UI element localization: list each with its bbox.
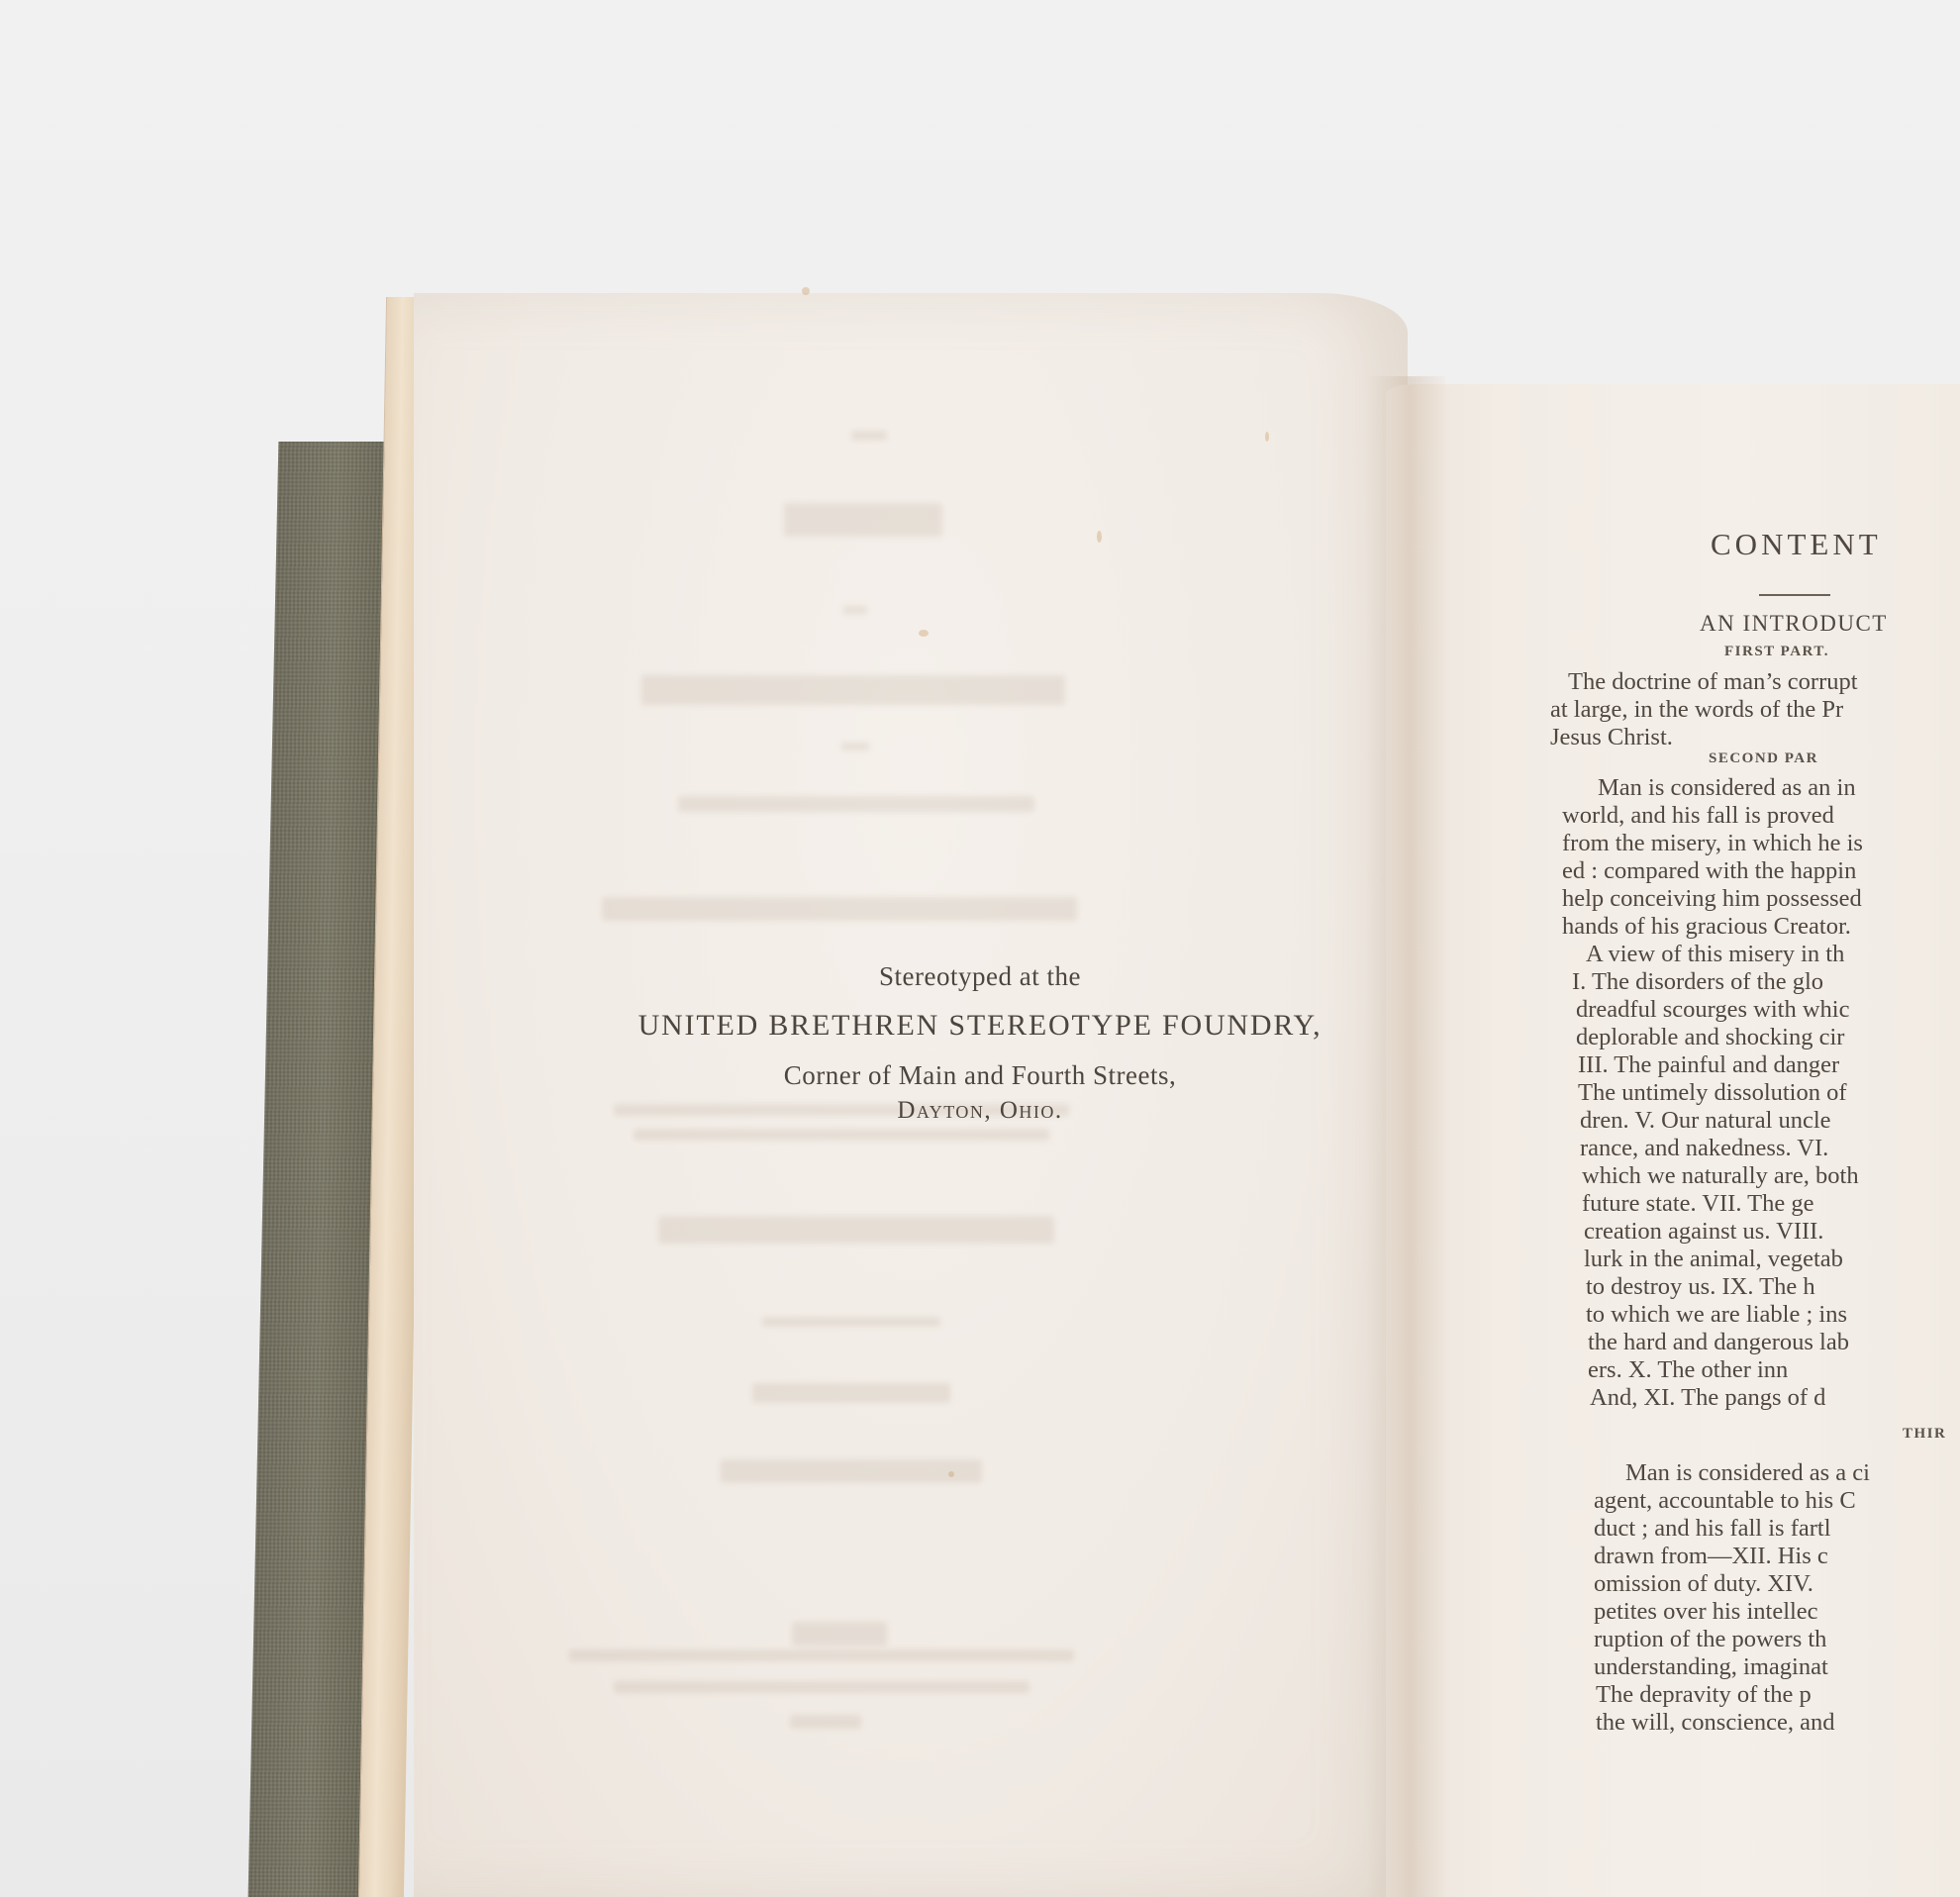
text-line: dren. V. Our natural uncle [1562, 1107, 1960, 1135]
imprint-address: Corner of Main and Fourth Streets, [594, 1057, 1366, 1093]
text-line: to destroy us. IX. The h [1562, 1273, 1960, 1301]
text-line: from the misery, in which he is [1562, 830, 1960, 857]
text-line: petites over his intellec [1594, 1598, 1960, 1626]
text-line: omission of duty. XIV. [1594, 1570, 1960, 1598]
text-line: duct ; and his fall is fartl [1594, 1515, 1960, 1543]
text-line: agent, accountable to his C [1594, 1487, 1960, 1515]
text-line: A view of this misery in th [1562, 941, 1960, 968]
imprint-line-1: Stereotyped at the [594, 960, 1366, 992]
foxing-spot [802, 287, 810, 295]
text-line: Man is considered as an in [1562, 774, 1960, 802]
text-line: ruption of the powers th [1594, 1626, 1960, 1653]
foxing-spot [1265, 432, 1269, 442]
text-line: future state. VII. The ge [1562, 1190, 1960, 1218]
text-line: The doctrine of man’s corrupt [1550, 668, 1960, 696]
section-label-third-part: THIR [1903, 1426, 1946, 1443]
text-line: ed : compared with the happin [1562, 857, 1960, 885]
contents-subheading: AN INTRODUCT [1700, 611, 1888, 637]
text-line: the hard and dangerous lab [1562, 1329, 1960, 1356]
text-line: world, and his fall is proved [1562, 802, 1960, 830]
text-line: lurk in the animal, vegetab [1562, 1246, 1960, 1273]
text-line: at large, in the words of the Pr [1550, 696, 1960, 724]
text-line: Man is considered as a ci [1594, 1459, 1960, 1487]
photo-scene: Stereotyped at the UNITED BRETHREN STERE… [0, 0, 1960, 1897]
text-line: understanding, imaginat [1594, 1653, 1960, 1681]
text-line: dreadful scourges with whic [1562, 996, 1960, 1024]
text-line: III. The painful and danger [1562, 1051, 1960, 1079]
text-line: And, XI. The pangs of d [1562, 1384, 1960, 1412]
text-line: rance, and nakedness. VI. [1562, 1135, 1960, 1162]
imprint-city: Dayton, Ohio. [594, 1093, 1366, 1129]
section-label-first-part: FIRST PART. [1724, 644, 1829, 660]
text-line: The depravity of the p [1594, 1681, 1960, 1709]
text-line: deplorable and shocking cir [1562, 1024, 1960, 1051]
foxing-spot [919, 630, 929, 637]
second-part-paragraph: Man is considered as an in world, and hi… [1562, 774, 1960, 1412]
text-line: The untimely dissolution of [1562, 1079, 1960, 1107]
text-line: the will, conscience, and [1594, 1709, 1960, 1737]
text-line: ers. X. The other inn [1562, 1356, 1960, 1384]
third-part-paragraph: Man is considered as a ci agent, account… [1594, 1459, 1960, 1737]
text-line: creation against us. VIII. [1562, 1218, 1960, 1246]
text-line: Jesus Christ. [1550, 724, 1960, 751]
text-line: help conceiving him possessed [1562, 885, 1960, 913]
text-line: to which we are liable ; ins [1562, 1301, 1960, 1329]
text-line: hands of his gracious Creator. [1562, 913, 1960, 941]
text-line: which we naturally are, both [1562, 1162, 1960, 1190]
stereotype-imprint: Stereotyped at the UNITED BRETHREN STERE… [594, 960, 1366, 1129]
foxing-spot [1097, 531, 1102, 543]
text-line: drawn from—XII. His c [1594, 1543, 1960, 1570]
book-gutter [1366, 376, 1445, 1897]
text-line: I. The disorders of the glo [1562, 968, 1960, 996]
heading-rule [1759, 594, 1830, 596]
imprint-foundry-name: UNITED BRETHREN STEREOTYPE FOUNDRY, [594, 996, 1366, 1055]
first-part-paragraph: The doctrine of man’s corrupt at large, … [1550, 668, 1960, 751]
contents-heading: CONTENT [1711, 527, 1882, 562]
section-label-second-part: SECOND PAR [1709, 750, 1818, 767]
